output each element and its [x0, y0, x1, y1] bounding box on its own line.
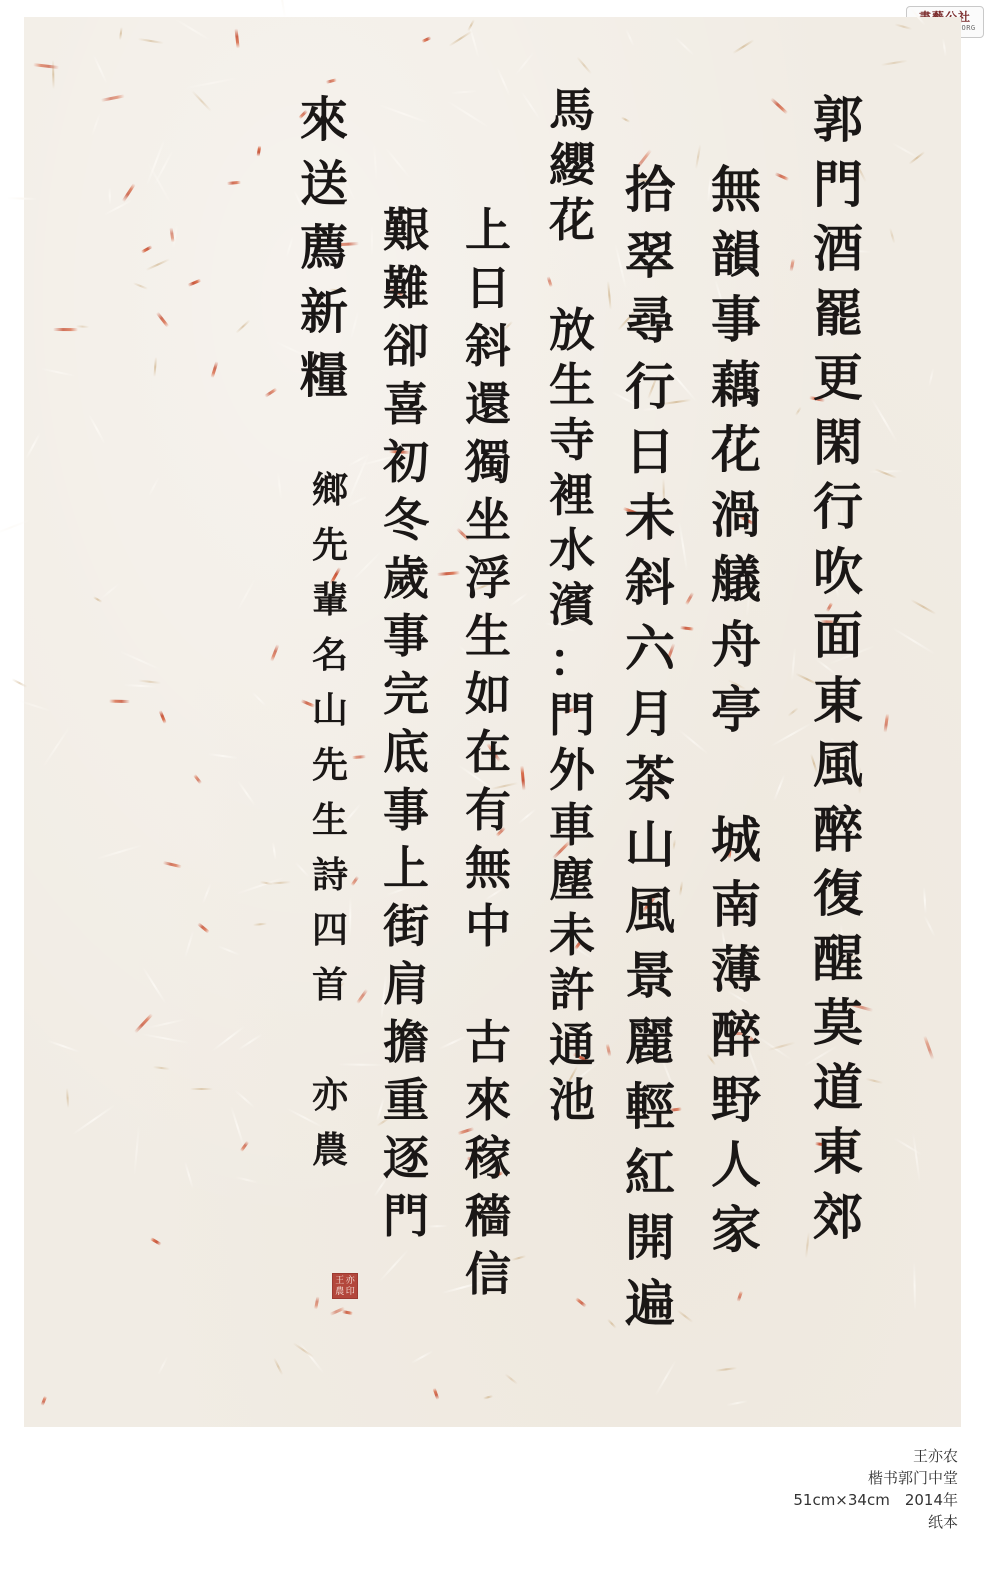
paper-fiber [410, 1350, 433, 1364]
paper-fiber [76, 326, 89, 329]
calligraphy-char: 卻 [376, 323, 436, 381]
paper-fiber [40, 1395, 47, 1406]
calligraphy-char: 亦 [300, 1077, 360, 1132]
paper-fiber [152, 1066, 169, 1070]
paper-fiber [924, 915, 936, 937]
calligraphy-char: 罷 [808, 289, 868, 354]
paper-fiber [7, 197, 37, 200]
calligraphy-char: 茶 [620, 755, 680, 821]
paper-fiber [496, 67, 511, 97]
paper-fiber [72, 1104, 116, 1135]
paper-fiber [923, 1036, 934, 1060]
paper-fiber [737, 1290, 744, 1302]
paper-fiber [18, 700, 51, 712]
paper-fiber [88, 413, 106, 444]
paper-fiber [235, 877, 284, 895]
paper-fiber [679, 521, 689, 571]
calligraphy-char: 斜 [458, 323, 518, 381]
calligraphy-char: 斜 [620, 558, 680, 624]
calligraphy-char: 尋 [620, 296, 680, 362]
calligraphy-char: 東 [808, 1127, 868, 1192]
calligraphy-char: 亭 [706, 685, 766, 750]
paper-fiber [881, 60, 908, 66]
text-column: 上日斜還獨坐浮生如在有無中古來稼穡信 [458, 207, 518, 1309]
calligraphy-char: 來 [458, 1077, 518, 1135]
paper-fiber [145, 259, 169, 271]
paper-fiber [142, 967, 167, 1005]
paper-fiber [153, 357, 157, 377]
calligraphy-char: 月 [620, 689, 680, 755]
paper-fiber [892, 627, 936, 655]
calligraphy-paper: 郭門酒罷更閑行吹面東風醉復醒莫道東郊無韻事藕花渦艤舟亭城南薄醉野人家拾翠尋行日未… [24, 17, 961, 1427]
paper-fiber [235, 28, 240, 48]
paper-fiber [148, 477, 160, 497]
calligraphy-char: 六 [620, 624, 680, 690]
paper-fiber [791, 647, 796, 681]
calligraphy-char: 重 [376, 1077, 436, 1135]
calligraphy-char: 寺 [542, 417, 602, 472]
paper-fiber [379, 1249, 410, 1283]
paper-fiber [202, 883, 212, 905]
paper-fiber [218, 946, 241, 957]
calligraphy-char: 稼 [458, 1135, 518, 1193]
paper-fiber [674, 36, 695, 56]
paper-fiber [253, 922, 268, 925]
paper-fiber [175, 18, 211, 41]
calligraphy-char: 薄 [706, 945, 766, 1010]
paper-fiber [227, 181, 242, 185]
paper-fiber [40, 368, 76, 377]
paper-fiber [141, 1033, 190, 1044]
calligraphy-char: 藕 [706, 360, 766, 425]
paper-fiber [279, 0, 286, 18]
paper-fiber [109, 700, 130, 703]
calligraphy-char: 古 [458, 1019, 518, 1077]
paper-fiber [133, 282, 149, 290]
caption-artist: 王亦农 [793, 1445, 958, 1467]
paper-fiber [147, 162, 172, 205]
calligraphy-char: 鄉 [300, 472, 360, 527]
calligraphy-char: 行 [808, 482, 868, 547]
paper-fiber [891, 142, 919, 159]
caption-size-year: 51cm×34cm 2014年 [793, 1489, 958, 1511]
paper-fiber [33, 64, 59, 70]
paper-fiber [270, 644, 279, 662]
calligraphy-char: 風 [808, 740, 868, 805]
calligraphy-char: 生 [542, 362, 602, 417]
paper-fiber [450, 90, 478, 94]
text-column: 拾翠尋行日未斜六月茶山風景麗輕紅開遍 [620, 165, 680, 1344]
calligraphy-char: 底 [376, 729, 436, 787]
paper-fiber [889, 228, 895, 244]
seal-char: 農 [335, 1287, 345, 1297]
calligraphy-char: 莫 [808, 998, 868, 1063]
calligraphy-char: 山 [620, 820, 680, 886]
calligraphy-char: 紅 [620, 1148, 680, 1214]
paper-fiber [378, 104, 429, 124]
paper-fiber [505, 1374, 518, 1385]
calligraphy-char: 事 [376, 787, 436, 845]
paper-fiber [264, 388, 277, 398]
paper-fiber [91, 113, 101, 137]
calligraphy-char [300, 417, 360, 472]
calligraphy-char: 景 [620, 951, 680, 1017]
calligraphy-char: 拾 [620, 165, 680, 231]
calligraphy-char: 日 [620, 427, 680, 493]
calligraphy-char: 人 [706, 1140, 766, 1205]
paper-fiber [238, 1033, 264, 1051]
paper-fiber [518, 808, 537, 824]
calligraphy-char: 花 [706, 425, 766, 490]
paper-fiber [100, 582, 122, 600]
paper-fiber [678, 729, 708, 754]
calligraphy-char: 街 [376, 903, 436, 961]
calligraphy-char: 難 [376, 265, 436, 323]
calligraphy-char: 酒 [808, 224, 868, 289]
paper-fiber [575, 1297, 587, 1307]
paper-fiber [883, 713, 889, 733]
artist-seal: 王 亦 農 印 [332, 1273, 358, 1299]
calligraphy-char: 輩 [300, 582, 360, 637]
calligraphy-char: 渦 [706, 490, 766, 555]
paper-fiber [607, 281, 612, 310]
calligraphy-char: 道 [808, 1063, 868, 1128]
paper-fiber [11, 678, 27, 688]
calligraphy-char: 喜 [376, 381, 436, 439]
paper-fiber [326, 78, 337, 84]
calligraphy-char: 歲 [376, 555, 436, 613]
text-column: 鄉先輩名山先生詩四首亦農 [300, 197, 360, 1187]
paper-fiber [236, 578, 256, 611]
paper-fiber [775, 172, 790, 181]
paper-fiber [133, 1124, 140, 1175]
calligraphy-char: 舟 [706, 620, 766, 685]
calligraphy-char: 復 [808, 869, 868, 934]
calligraphy-char: 艤 [706, 555, 766, 620]
calligraphy-char [458, 961, 518, 1019]
seal-char: 印 [346, 1287, 356, 1297]
paper-fiber [138, 38, 164, 44]
calligraphy-char: 遍 [620, 1279, 680, 1345]
paper-fiber [685, 592, 694, 605]
paper-fiber [910, 599, 936, 615]
paper-fiber [770, 722, 812, 747]
paper-fiber [342, 1310, 353, 1315]
calligraphy-char [542, 252, 602, 307]
calligraphy-char: 車 [542, 802, 602, 857]
calligraphy-char: 無 [706, 165, 766, 230]
calligraphy-char: 水 [542, 527, 602, 582]
calligraphy-char: 事 [376, 613, 436, 671]
paper-fiber [256, 146, 261, 157]
calligraphy-char: 濱 [542, 582, 602, 637]
paper-fiber [894, 23, 912, 30]
calligraphy-char: 南 [706, 880, 766, 945]
calligraphy-char: 逐 [376, 1135, 436, 1193]
calligraphy-char: 先 [300, 527, 360, 582]
paper-fiber [230, 1106, 245, 1148]
calligraphy-char: 東 [808, 676, 868, 741]
paper-fiber [421, 37, 432, 44]
text-column: 艱難卻喜初冬歲事完底事上街肩擔重逐門 [376, 207, 436, 1251]
calligraphy-char: 艱 [376, 207, 436, 265]
calligraphy-char: ： [542, 637, 602, 692]
calligraphy-char: 馬 [542, 87, 602, 142]
calligraphy-char: 開 [620, 1213, 680, 1279]
calligraphy-char: 醒 [808, 934, 868, 999]
paper-fiber [42, 726, 71, 768]
paper-fiber [237, 781, 256, 807]
paper-fiber [790, 259, 795, 272]
paper-fiber [384, 147, 410, 179]
paper-fiber [119, 27, 123, 41]
paper-fiber [515, 51, 535, 76]
calligraphy-char: 輕 [620, 1082, 680, 1148]
calligraphy-char: 塵 [542, 857, 602, 912]
text-column: 馬纓花放生寺裡水濱：門外車塵未許通池 [542, 87, 602, 1132]
paper-fiber [576, 56, 592, 74]
paper-fiber [184, 930, 194, 958]
calligraphy-char [300, 307, 360, 362]
paper-fiber [866, 1077, 884, 1083]
calligraphy-char: 來 [294, 96, 354, 160]
calligraphy-char: 日 [458, 265, 518, 323]
paper-fiber [197, 922, 210, 933]
paper-fiber [141, 245, 153, 253]
paper-fiber [234, 1089, 256, 1109]
calligraphy-char [706, 750, 766, 815]
paper-fiber [482, 1395, 492, 1400]
artwork-caption: 王亦农 楷书郭门中堂 51cm×34cm 2014年 纸本 [793, 1445, 958, 1533]
paper-fiber [928, 367, 934, 387]
text-column: 郭門酒罷更閑行吹面東風醉復醒莫道東郊 [808, 95, 868, 1256]
calligraphy-char: 門 [808, 160, 868, 225]
paper-fiber [147, 1018, 186, 1029]
calligraphy-char: 風 [620, 886, 680, 952]
calligraphy-char: 浮 [458, 555, 518, 613]
calligraphy-char: 中 [458, 903, 518, 961]
paper-fiber [448, 30, 472, 46]
paper-fiber [894, 1137, 924, 1156]
paper-fiber [208, 753, 238, 759]
paper-fiber [625, 28, 634, 46]
paper-fiber [53, 328, 78, 331]
paper-fiber [66, 1088, 69, 1108]
calligraphy-char: 有 [458, 787, 518, 845]
paper-fiber [770, 97, 788, 114]
calligraphy-char: 裡 [542, 472, 602, 527]
paper-fiber [251, 691, 267, 707]
calligraphy-char: 花 [542, 197, 602, 252]
paper-fiber [0, 519, 31, 535]
paper-fiber [109, 186, 111, 205]
paper-fiber [923, 886, 927, 913]
calligraphy-char [300, 197, 360, 252]
calligraphy-char: 行 [620, 362, 680, 428]
calligraphy-char: 先 [300, 747, 360, 802]
calligraphy-char: 郊 [808, 1192, 868, 1257]
paper-fiber [157, 1355, 168, 1375]
paper-fiber [726, 1400, 748, 1406]
paper-fiber [371, 225, 373, 256]
paper-fiber [150, 1237, 162, 1246]
paper-fiber [134, 1013, 153, 1033]
calligraphy-char: 外 [542, 747, 602, 802]
calligraphy-char: 吹 [808, 547, 868, 612]
paper-fiber [100, 94, 124, 102]
calligraphy-char: 冬 [376, 497, 436, 555]
paper-fiber [273, 1358, 283, 1376]
paper-fiber [912, 1132, 921, 1184]
calligraphy-char: 放 [542, 307, 602, 362]
calligraphy-char: 首 [300, 967, 360, 1022]
calligraphy-char: 名 [300, 637, 360, 692]
calligraphy-char: 在 [458, 729, 518, 787]
calligraphy-char: 面 [808, 611, 868, 676]
seal-char: 王 [335, 1276, 345, 1286]
paper-fiber [942, 38, 947, 57]
calligraphy-char: 信 [458, 1251, 518, 1309]
paper-fiber [871, 397, 898, 442]
paper-fiber [607, 1319, 617, 1329]
paper-fiber [794, 407, 801, 417]
calligraphy-char: 家 [706, 1205, 766, 1270]
calligraphy-char: 初 [376, 439, 436, 497]
paper-fiber [183, 1161, 193, 1189]
paper-fiber [163, 861, 183, 868]
paper-fiber [235, 1176, 259, 1184]
calligraphy-char: 肩 [376, 961, 436, 1019]
calligraphy-char: 穡 [458, 1193, 518, 1251]
paper-fiber [138, 679, 161, 684]
calligraphy-char: 城 [706, 815, 766, 880]
calligraphy-char: 纓 [542, 142, 602, 197]
paper-fiber [156, 311, 169, 327]
calligraphy-char: 韻 [706, 230, 766, 295]
paper-fiber [621, 116, 631, 122]
paper-fiber [119, 650, 162, 671]
paper-fiber [680, 626, 694, 631]
text-column: 無韻事藕花渦艤舟亭城南薄醉野人家 [706, 165, 766, 1270]
paper-fiber [46, 1040, 80, 1053]
calligraphy-char: 山 [300, 692, 360, 747]
paper-fiber [732, 39, 755, 54]
calligraphy-char: 未 [620, 493, 680, 559]
calligraphy-char: 農 [300, 1132, 360, 1187]
calligraphy-char: 許 [542, 967, 602, 1022]
paper-fiber [432, 1387, 439, 1400]
paper-fiber [695, 144, 701, 169]
paper-fiber [272, 842, 277, 860]
paper-fiber [605, 1044, 611, 1057]
calligraphy-char: 還 [458, 381, 518, 439]
paper-fiber [159, 710, 167, 724]
calligraphy-char: 上 [376, 845, 436, 903]
calligraphy-char: 事 [706, 295, 766, 360]
calligraphy-char: 通 [542, 1022, 602, 1077]
paper-fiber [92, 54, 108, 85]
paper-fiber [210, 361, 218, 378]
calligraphy-char: 翠 [620, 231, 680, 297]
calligraphy-char: 完 [376, 671, 436, 729]
calligraphy-char: 生 [300, 802, 360, 857]
calligraphy-char: 生 [458, 613, 518, 671]
calligraphy-char: 上 [458, 207, 518, 265]
paper-fiber [186, 77, 238, 89]
paper-fiber [913, 1261, 916, 1311]
caption-medium: 纸本 [793, 1511, 958, 1533]
paper-fiber [655, 1359, 677, 1395]
paper-fiber [314, 1296, 319, 1309]
calligraphy-char: 門 [542, 692, 602, 747]
paper-fiber [773, 774, 786, 802]
calligraphy-char: 門 [376, 1193, 436, 1251]
paper-fiber [124, 684, 157, 688]
paper-fiber [121, 183, 135, 202]
paper-fiber [787, 708, 798, 717]
calligraphy-char: 更 [808, 353, 868, 418]
calligraphy-char: 醉 [808, 805, 868, 870]
paper-fiber [191, 90, 211, 111]
paper-fiber [169, 227, 174, 243]
paper-fiber [187, 278, 201, 286]
caption-title: 楷书郭门中堂 [793, 1467, 958, 1489]
calligraphy-char [300, 362, 360, 417]
seal-char: 亦 [346, 1276, 356, 1286]
paper-fiber [190, 1088, 213, 1090]
paper-fiber [96, 844, 144, 860]
paper-fiber [277, 473, 282, 500]
calligraphy-char: 擔 [376, 1019, 436, 1077]
paper-fiber [715, 1367, 737, 1372]
paper-fiber [520, 766, 525, 791]
calligraphy-char [300, 1022, 360, 1077]
paper-fiber [285, 235, 294, 258]
paper-fiber [25, 432, 41, 459]
calligraphy-char: 醉 [706, 1010, 766, 1075]
paper-fiber [235, 320, 250, 334]
paper-fiber [373, 144, 378, 181]
paper-fiber [447, 100, 491, 129]
calligraphy-char: 未 [542, 912, 602, 967]
calligraphy-char: 坐 [458, 497, 518, 555]
calligraphy-char [300, 252, 360, 307]
calligraphy-char: 無 [458, 845, 518, 903]
paper-fiber [520, 91, 541, 121]
calligraphy-char: 四 [300, 912, 360, 967]
paper-fiber [193, 774, 202, 785]
calligraphy-char: 獨 [458, 439, 518, 497]
calligraphy-char: 閑 [808, 418, 868, 483]
calligraphy-char: 詩 [300, 857, 360, 912]
calligraphy-char: 麗 [620, 1017, 680, 1083]
calligraphy-char: 郭 [808, 95, 868, 160]
calligraphy-char: 如 [458, 671, 518, 729]
calligraphy-char: 池 [542, 1077, 602, 1132]
calligraphy-char: 野 [706, 1075, 766, 1140]
